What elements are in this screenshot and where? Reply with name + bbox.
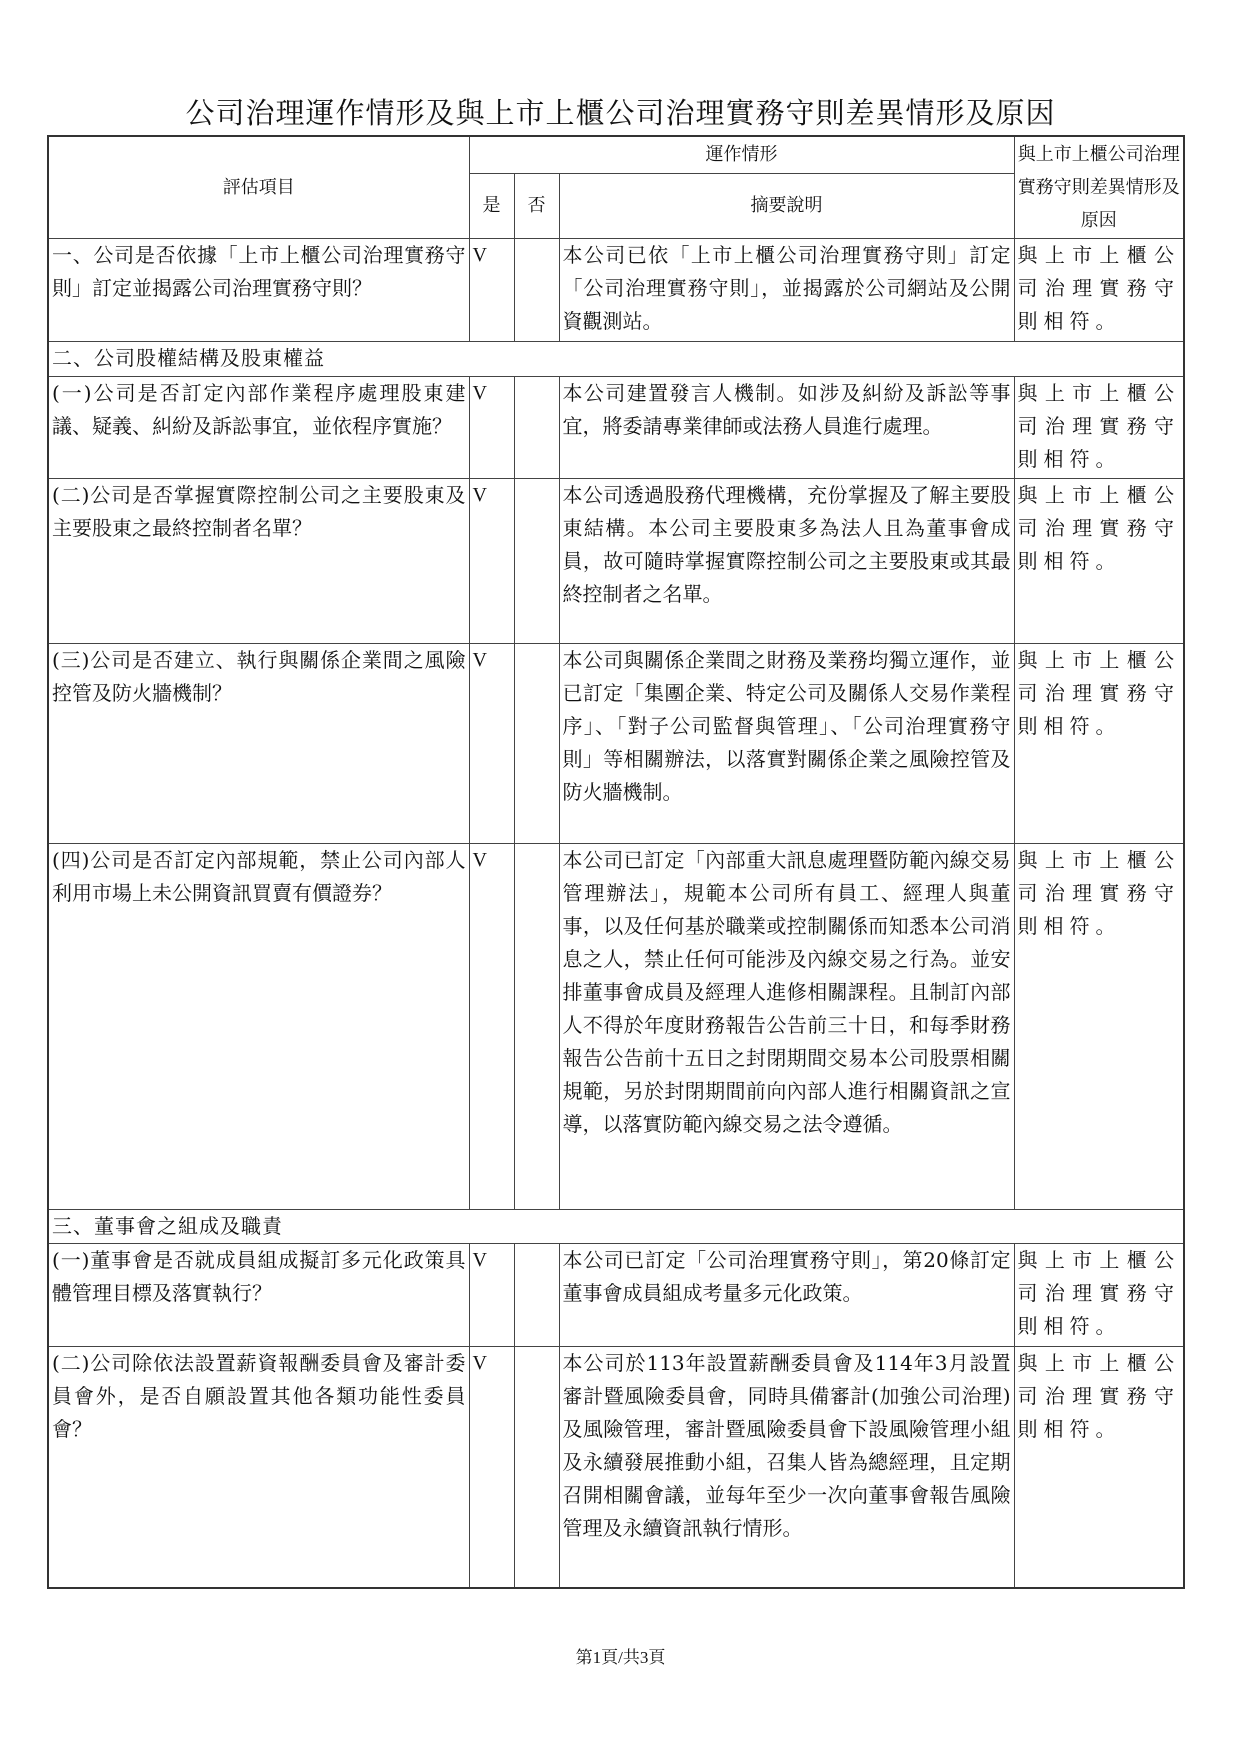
summary-text: 本公司已訂定「內部重大訊息處理暨防範內線交易管理辦法」，規範本公司所有員工、經理… <box>559 843 1014 1209</box>
summary-text: 本公司已訂定「公司治理實務守則」，第20條訂定董事會成員組成考量多元化政策。 <box>559 1243 1014 1346</box>
item-text: (二)公司是否掌握實際控制公司之主要股東及主要股東之最終控制者名單？ <box>48 478 469 643</box>
table-row: (一)公司是否訂定內部作業程序處理股東建議、疑義、糾紛及訴訟事宜，並依程序實施？… <box>48 376 1184 478</box>
table-row: (四)公司是否訂定內部規範，禁止公司內部人利用市場上未公開資訊買賣有價證券？ V… <box>48 843 1184 1209</box>
yes-mark: V <box>469 1243 514 1346</box>
yes-mark: V <box>469 238 514 341</box>
no-mark <box>514 376 559 478</box>
table-row: (二)公司是否掌握實際控制公司之主要股東及主要股東之最終控制者名單？ V 本公司… <box>48 478 1184 643</box>
summary-text: 本公司於113年設置薪酬委員會及114年3月設置審計暨風險委員會，同時具備審計(… <box>559 1346 1014 1588</box>
header-item: 評估項目 <box>48 136 469 238</box>
section-heading: 三、董事會之組成及職責 <box>48 1209 1184 1243</box>
no-mark <box>514 843 559 1209</box>
yes-mark: V <box>469 643 514 843</box>
difference-text: 與上市上櫃公司治理實務守則相符。 <box>1014 238 1184 341</box>
yes-mark: V <box>469 843 514 1209</box>
difference-text: 與上市上櫃公司治理實務守則相符。 <box>1014 1243 1184 1346</box>
yes-mark: V <box>469 478 514 643</box>
summary-text: 本公司已依「上市上櫃公司治理實務守則」訂定「公司治理實務守則」，並揭露於公司網站… <box>559 238 1014 341</box>
no-mark <box>514 478 559 643</box>
item-text: 一、公司是否依據「上市上櫃公司治理實務守則」訂定並揭露公司治理實務守則？ <box>48 238 469 341</box>
no-mark <box>514 643 559 843</box>
summary-text: 本公司與關係企業間之財務及業務均獨立運作，並已訂定「集團企業、特定公司及關係人交… <box>559 643 1014 843</box>
header-yes: 是 <box>469 173 514 238</box>
section-heading: 二、公司股權結構及股東權益 <box>48 341 1184 376</box>
item-text: (一)公司是否訂定內部作業程序處理股東建議、疑義、糾紛及訴訟事宜，並依程序實施？ <box>48 376 469 478</box>
table-row: (三)公司是否建立、執行與關係企業間之風險控管及防火牆機制？ V 本公司與關係企… <box>48 643 1184 843</box>
difference-text: 與上市上櫃公司治理實務守則相符。 <box>1014 478 1184 643</box>
governance-table: 評估項目 運作情形 與上市上櫃公司治理實務守則差異情形及原因 是 否 摘要說明 … <box>47 135 1185 1589</box>
item-text: (二)公司除依法設置薪資報酬委員會及審計委員會外，是否自願設置其他各類功能性委員… <box>48 1346 469 1588</box>
summary-text: 本公司透過股務代理機構，充份掌握及了解主要股東結構。本公司主要股東多為法人且為董… <box>559 478 1014 643</box>
header-no: 否 <box>514 173 559 238</box>
header-operation: 運作情形 <box>469 136 1014 173</box>
table-row: (一)董事會是否就成員組成擬訂多元化政策具體管理目標及落實執行？ V 本公司已訂… <box>48 1243 1184 1346</box>
difference-text: 與上市上櫃公司治理實務守則相符。 <box>1014 843 1184 1209</box>
section-row: 三、董事會之組成及職責 <box>48 1209 1184 1243</box>
table-row: 一、公司是否依據「上市上櫃公司治理實務守則」訂定並揭露公司治理實務守則？ V 本… <box>48 238 1184 341</box>
page-title: 公司治理運作情形及與上市上櫃公司治理實務守則差異情形及原因 <box>0 93 1241 133</box>
section-row: 二、公司股權結構及股東權益 <box>48 341 1184 376</box>
table-row: (二)公司除依法設置薪資報酬委員會及審計委員會外，是否自願設置其他各類功能性委員… <box>48 1346 1184 1588</box>
no-mark <box>514 238 559 341</box>
no-mark <box>514 1346 559 1588</box>
no-mark <box>514 1243 559 1346</box>
difference-text: 與上市上櫃公司治理實務守則相符。 <box>1014 1346 1184 1588</box>
header-difference: 與上市上櫃公司治理實務守則差異情形及原因 <box>1014 136 1184 238</box>
yes-mark: V <box>469 1346 514 1588</box>
summary-text: 本公司建置發言人機制。如涉及糾紛及訴訟等事宜，將委請專業律師或法務人員進行處理。 <box>559 376 1014 478</box>
page-indicator: 第1頁/共3頁 <box>0 1643 1241 1668</box>
item-text: (一)董事會是否就成員組成擬訂多元化政策具體管理目標及落實執行？ <box>48 1243 469 1346</box>
difference-text: 與上市上櫃公司治理實務守則相符。 <box>1014 643 1184 843</box>
item-text: (三)公司是否建立、執行與關係企業間之風險控管及防火牆機制？ <box>48 643 469 843</box>
header-summary: 摘要說明 <box>559 173 1014 238</box>
item-text: (四)公司是否訂定內部規範，禁止公司內部人利用市場上未公開資訊買賣有價證券？ <box>48 843 469 1209</box>
difference-text: 與上市上櫃公司治理實務守則相符。 <box>1014 376 1184 478</box>
yes-mark: V <box>469 376 514 478</box>
